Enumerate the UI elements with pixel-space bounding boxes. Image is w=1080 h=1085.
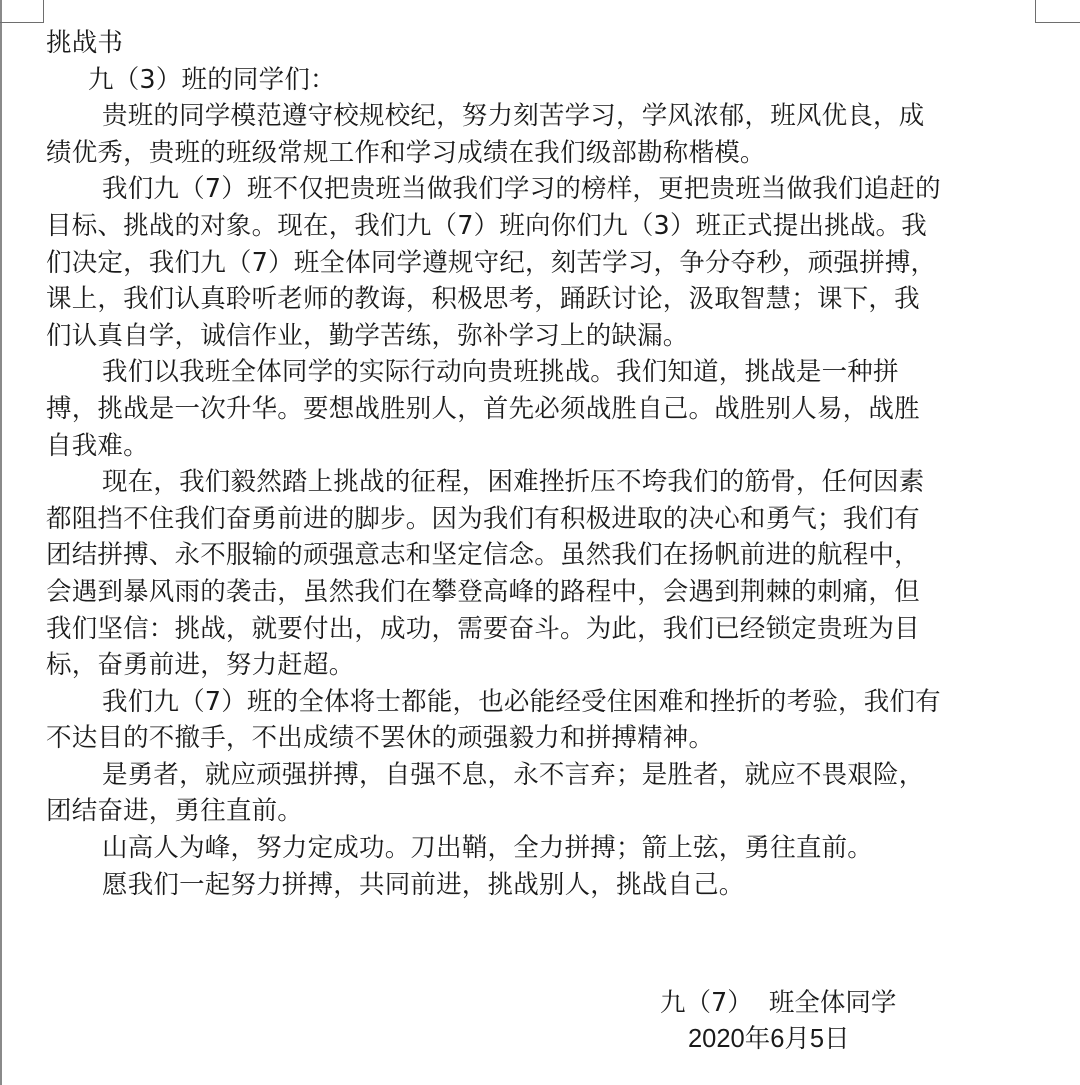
- text-line: 团结拼搏、永不服输的顽强意志和坚定信念。虽然我们在扬帆前进的航程中，: [46, 537, 1036, 574]
- text-line: 不达目的不撤手，不出成绩不罢休的顽强毅力和拼搏精神。: [46, 720, 1036, 757]
- text-line: 现在，我们毅然踏上挑战的征程，困难挫折压不垮我们的筋骨，任何因素: [46, 464, 1036, 501]
- text-line: 课上，我们认真聆听老师的教诲，积极思考，踊跃讨论，汲取智慧；课下，我: [46, 281, 1036, 318]
- text-line: 贵班的同学模范遵守校规校纪，努力刻苦学习，学风浓郁，班风优良，成: [46, 98, 1036, 135]
- text-line: 愿我们一起努力拼搏，共同前进，挑战别人，挑战自己。: [46, 867, 1036, 904]
- crop-mark-top-left: [0, 0, 44, 23]
- text-line: 山高人为峰，努力定成功。刀出鞘，全力拼搏；箭上弦，勇往直前。: [46, 830, 1036, 867]
- salutation: 九（3）班的同学们：: [46, 62, 1036, 99]
- text-line: 是勇者，就应顽强拼搏，自强不息，永不言弃；是胜者，就应不畏艰险，: [46, 757, 1036, 794]
- text-line: 自我难。: [46, 428, 1036, 465]
- text-line: 我们九（7）班的全体将士都能，也必能经受住困难和挫折的考验，我们有: [46, 684, 1036, 721]
- text-line: 我们九（7）班不仅把贵班当做我们学习的榜样，更把贵班当做我们追赶的: [46, 171, 1036, 208]
- text-line: 们决定，我们九（7）班全体同学遵规守纪，刻苦学习，争分夺秒，顽强拼搏，: [46, 245, 1036, 282]
- text-line: 搏，挑战是一次升华。要想战胜别人，首先必须战胜自己。战胜别人易，战胜: [46, 391, 1036, 428]
- crop-mark-top-right: [1035, 0, 1080, 23]
- text-line: 会遇到暴风雨的袭击，虽然我们在攀登高峰的路程中，会遇到荆棘的刺痛，但: [46, 574, 1036, 611]
- text-line: 目标、挑战的对象。现在，我们九（7）班向你们九（3）班正式提出挑战。我: [46, 208, 1036, 245]
- text-line: 绩优秀，贵班的班级常规工作和学习成绩在我们级部勘称楷模。: [46, 135, 1036, 172]
- text-line: 团结奋进，勇往直前。: [46, 793, 1036, 830]
- document-title: 挑战书: [46, 25, 1036, 62]
- text-line: 们认真自学，诚信作业，勤学苦练，弥补学习上的缺漏。: [46, 318, 1036, 355]
- text-line: 都阻挡不住我们奋勇前进的脚步。因为我们有积极进取的决心和勇气；我们有: [46, 501, 1036, 538]
- text-line: 我们以我班全体同学的实际行动向贵班挑战。我们知道，挑战是一种拼: [46, 354, 1036, 391]
- signer: 九（7） 班全体同学: [660, 985, 896, 1021]
- document-body: 挑战书 九（3）班的同学们： 贵班的同学模范遵守校规校纪，努力刻苦学习，学风浓郁…: [46, 25, 1036, 903]
- text-line: 我们坚信：挑战，就要付出，成功，需要奋斗。为此，我们已经锁定贵班为目: [46, 611, 1036, 648]
- text-line: 标，奋勇前进，努力赶超。: [46, 647, 1036, 684]
- page-left-edge: [0, 0, 2, 1085]
- signature-date: 2020年6月5日: [660, 1021, 896, 1057]
- signature-block: 九（7） 班全体同学 2020年6月5日: [660, 985, 896, 1057]
